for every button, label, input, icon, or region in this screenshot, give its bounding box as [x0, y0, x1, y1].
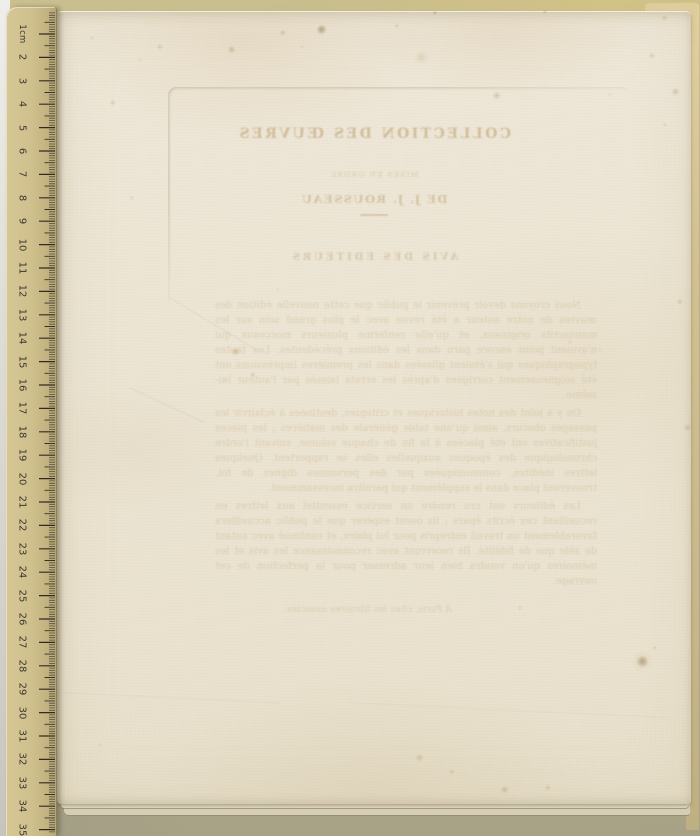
ruler-number: 33: [17, 776, 28, 789]
ruler-number: 5: [17, 124, 28, 130]
ruler-number: 35: [17, 823, 28, 836]
ruler-number: 12: [17, 285, 28, 298]
showthrough-body: Nous croyons devoir prévenir le public q…: [215, 298, 597, 592]
ruler-number: 32: [17, 753, 28, 766]
ruler-number: 30: [17, 706, 28, 719]
ruler-number: 34: [17, 800, 28, 813]
ruler-number: 24: [17, 566, 28, 579]
ruler-number: 20: [17, 472, 28, 485]
showthrough-divider: [360, 214, 388, 216]
showthrough-paragraph: Les éditeurs ont cru rendre un service e…: [215, 499, 597, 589]
scanned-document: COLLECTION DES ŒUVRES MISES EN ORDRE DE …: [0, 0, 700, 836]
ruler-number: 19: [17, 449, 28, 462]
ruler-number: 14: [17, 332, 28, 345]
showthrough-closing-line: À Paris, chez les libraires associés.: [257, 604, 452, 615]
ruler-number: 31: [17, 730, 28, 743]
showthrough-title: COLLECTION DES ŒUVRES: [57, 126, 691, 142]
ruler-number: 9: [17, 218, 28, 224]
showthrough-author-line: DE J. J. ROUSSEAU: [57, 192, 691, 206]
showthrough-section-heading: AVIS DES ÉDITEURS: [57, 252, 691, 263]
showthrough-subtitle: MISES EN ORDRE: [57, 170, 691, 179]
ruler-ticks: [6, 7, 56, 836]
ruler-number: 13: [17, 308, 28, 321]
ruler-number: 27: [17, 636, 28, 649]
showthrough-paragraph: Nous croyons devoir prévenir le public q…: [215, 298, 597, 403]
crease-mark: [129, 386, 205, 423]
ruler-number: 17: [17, 402, 28, 415]
ruler-number: 26: [17, 613, 28, 626]
document-page: COLLECTION DES ŒUVRES MISES EN ORDRE DE …: [57, 11, 691, 804]
ruler-number: 18: [17, 425, 28, 438]
ruler-number: 15: [17, 355, 28, 368]
ruler-unit-label: 1cm: [17, 24, 27, 43]
ruler-number: 7: [17, 171, 28, 177]
ruler-number: 22: [17, 519, 28, 532]
showthrough-paragraph: On y a joint des notes historiques et cr…: [215, 406, 597, 496]
ruler-number: 25: [17, 589, 28, 602]
ruler-number: 28: [17, 659, 28, 672]
ruler-number: 29: [17, 683, 28, 696]
ruler-number: 21: [17, 496, 28, 509]
ruler-number: 4: [17, 101, 28, 107]
ruler-number: 6: [17, 148, 28, 154]
ruler-number: 23: [17, 542, 28, 555]
ruler-number: 8: [17, 195, 28, 201]
ruler-number: 16: [17, 379, 28, 392]
ruler-number: 2: [17, 54, 28, 60]
ruler-number: 10: [17, 238, 28, 251]
ruler-number: 3: [17, 78, 28, 84]
crease-mark: [350, 701, 670, 718]
ruler: 1cm2345678910111213141516171819202122232…: [6, 7, 57, 836]
ruler-number: 11: [17, 262, 28, 275]
crease-mark: [60, 691, 280, 703]
